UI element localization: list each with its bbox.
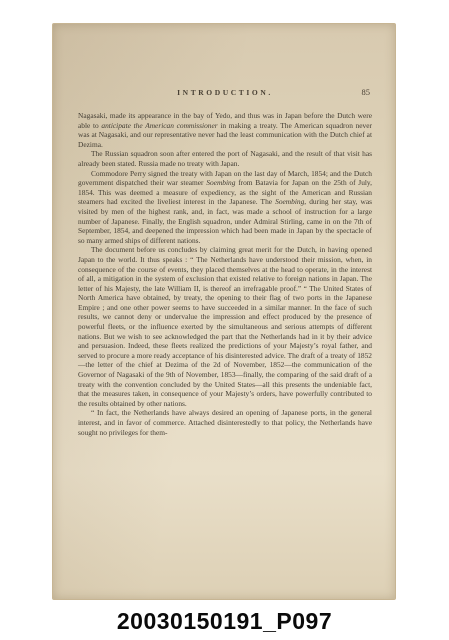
page-header: INTRODUCTION. 85 [78, 88, 372, 100]
paragraph: The Russian squadron soon after entered … [78, 149, 372, 168]
text-segment: “ In fact, the Netherlands have always d… [78, 408, 372, 436]
paragraph: Nagasaki, made its appearance in the bay… [78, 111, 372, 149]
text-segment: Soembing [275, 197, 304, 206]
text-segment: The document before us concludes by clai… [78, 245, 372, 408]
page-number: 85 [362, 87, 371, 97]
text-segment: Soembing [206, 178, 235, 187]
paragraph: Commodore Perry signed the treaty with J… [78, 169, 372, 246]
text-segment: The Russian squadron soon after entered … [78, 149, 372, 168]
image-caption: 20030150191_P097 [0, 602, 449, 640]
book-page: INTRODUCTION. 85 Nagasaki, made its appe… [52, 23, 396, 600]
paragraph: The document before us concludes by clai… [78, 245, 372, 408]
body-text: Nagasaki, made its appearance in the bay… [78, 111, 372, 437]
photo-frame: INTRODUCTION. 85 Nagasaki, made its appe… [0, 0, 449, 640]
text-segment: anticipate the American commissioner [101, 121, 217, 130]
paragraph: “ In fact, the Netherlands have always d… [78, 408, 372, 437]
running-title: INTRODUCTION. [78, 88, 372, 97]
